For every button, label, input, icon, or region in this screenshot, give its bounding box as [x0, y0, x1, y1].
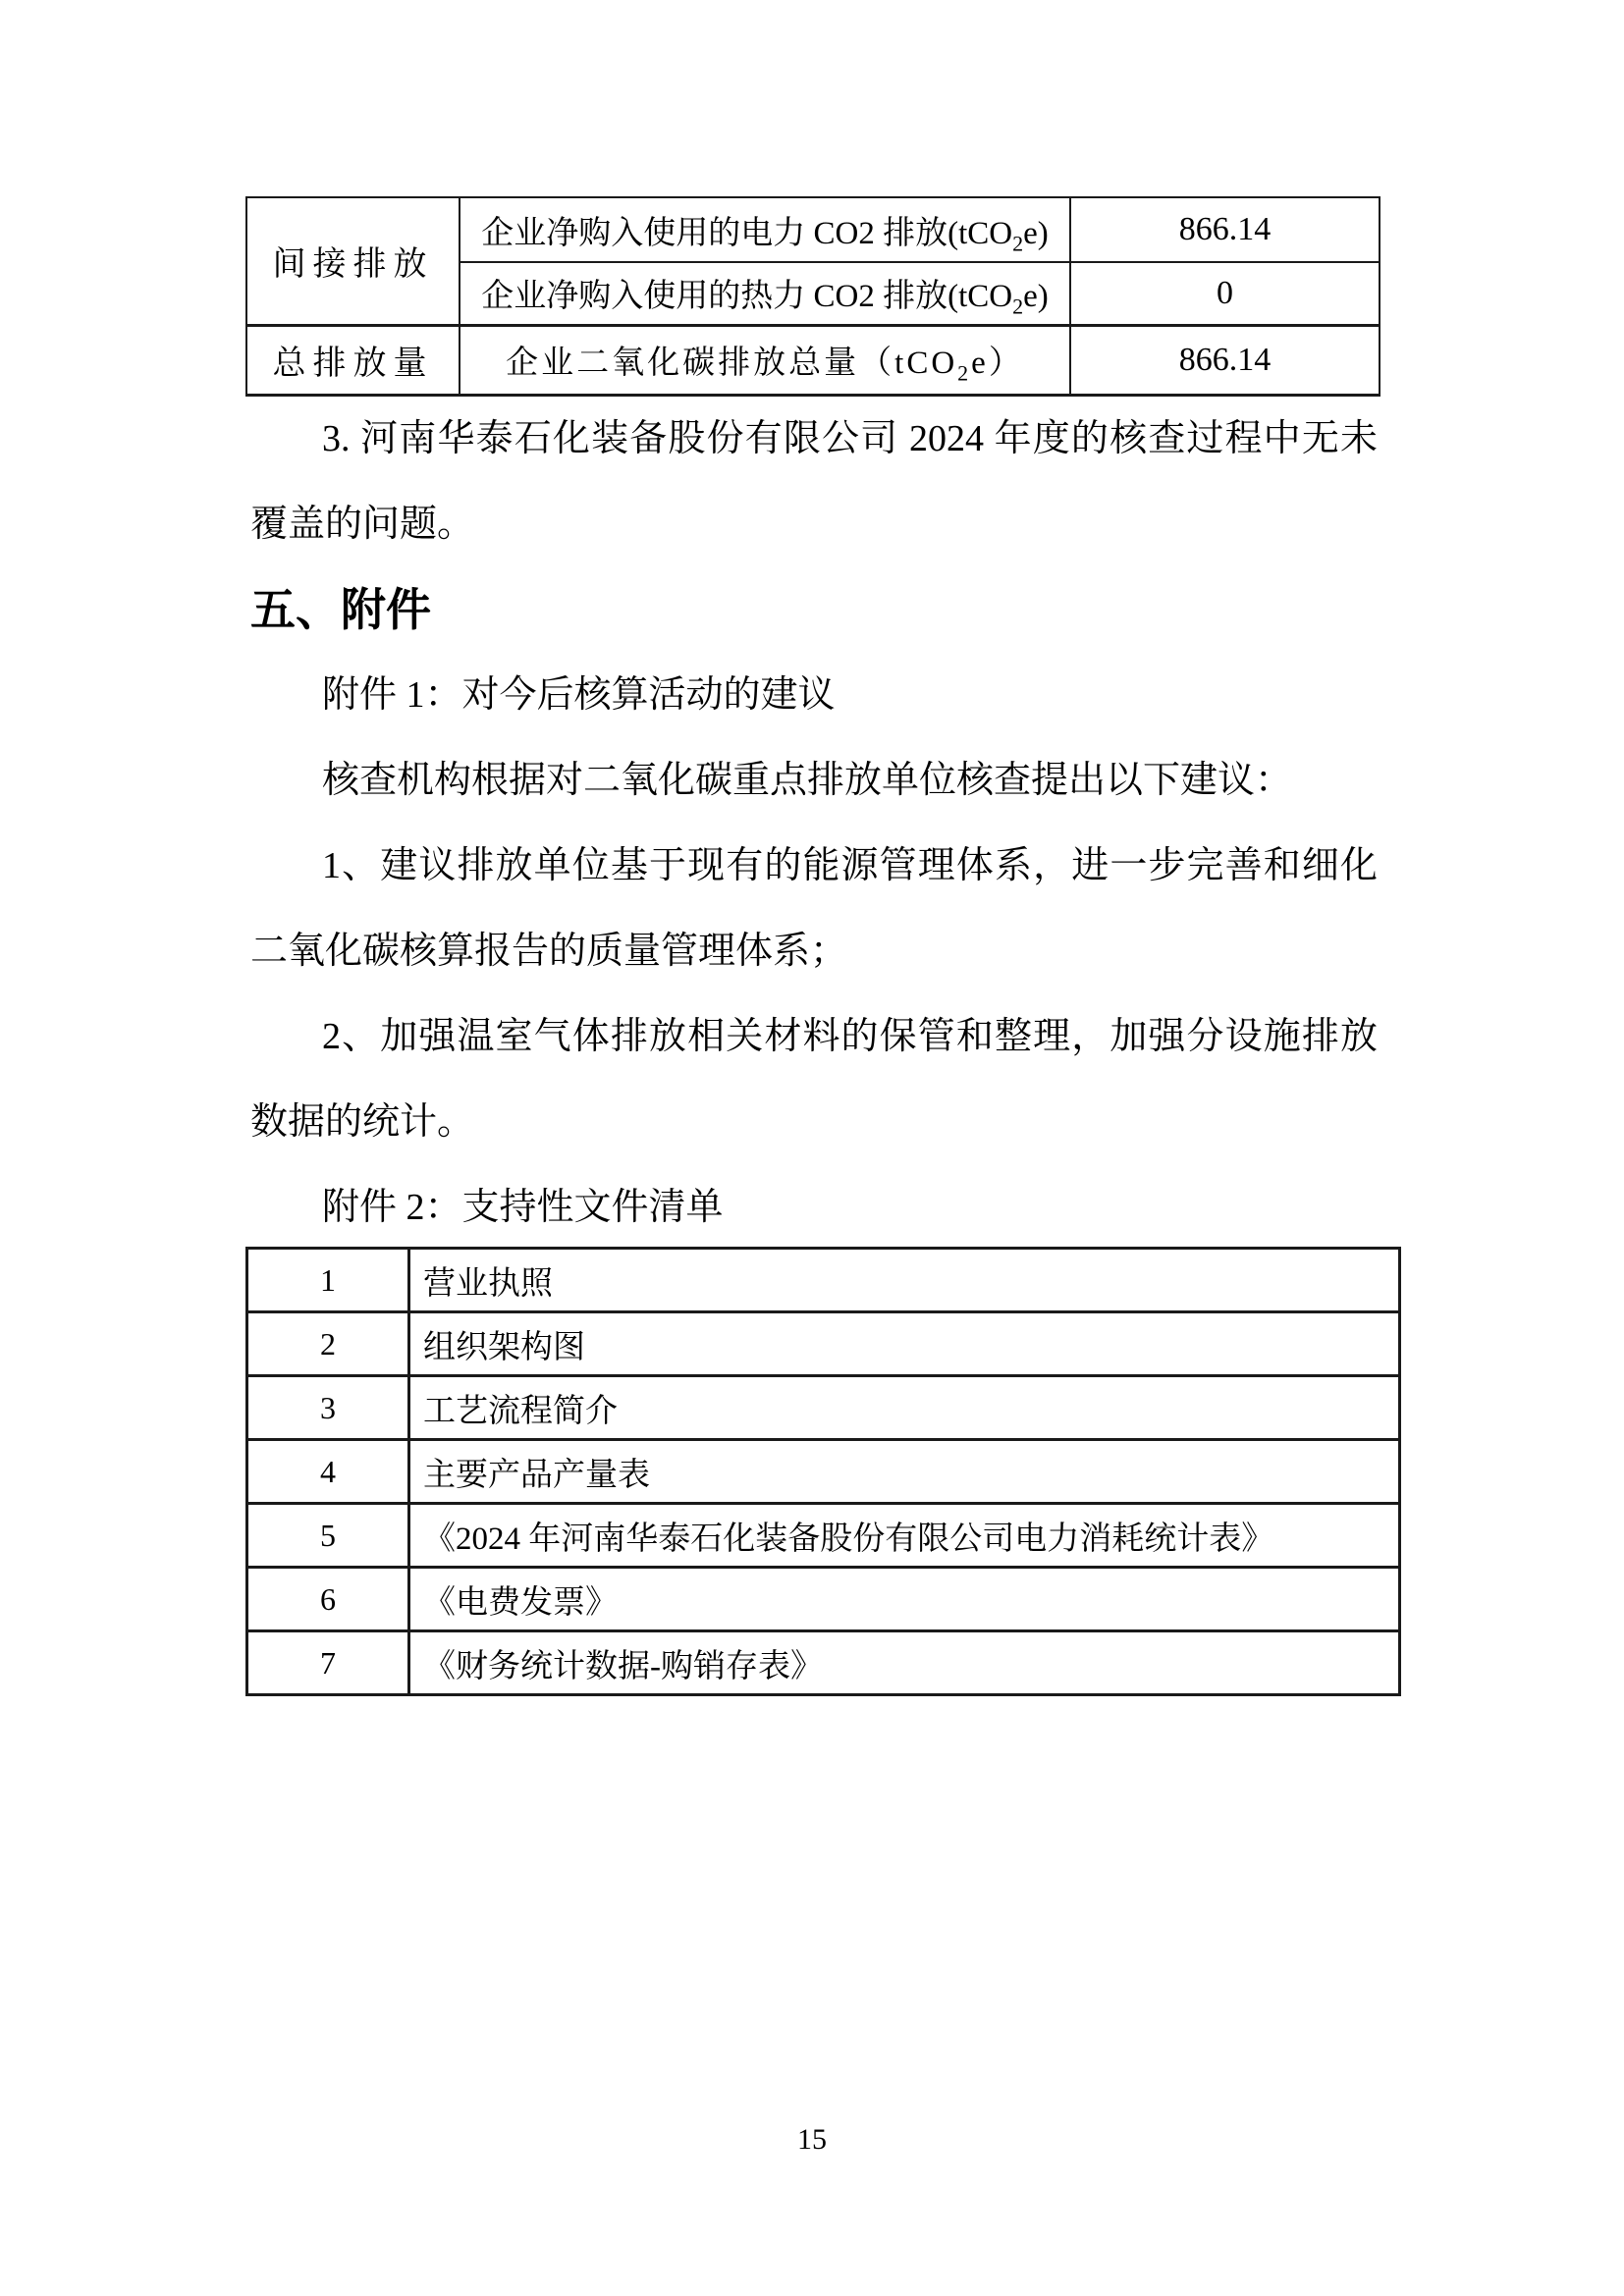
document-title-cell: 主要产品产量表: [409, 1440, 1400, 1504]
desc-text: 企业二氧化碳排放总量（tCO: [506, 346, 957, 381]
attachment-2-title: 附件 2：支持性文件清单: [250, 1165, 1378, 1251]
document-number-cell: 2: [247, 1312, 409, 1376]
heat-emission-value-cell: 0: [1070, 262, 1380, 325]
document-number-cell: 7: [247, 1631, 409, 1695]
table-row: 3 工艺流程简介: [247, 1376, 1400, 1440]
document-title-cell: 《电费发票》: [409, 1568, 1400, 1631]
document-number-cell: 6: [247, 1568, 409, 1631]
subscript-2: 2: [1012, 231, 1023, 255]
desc-text: e): [1023, 216, 1049, 251]
document-title-cell: 营业执照: [409, 1249, 1400, 1312]
total-emission-value-cell: 866.14: [1070, 325, 1380, 395]
suggestion-1-line-2: 二氧化碳核算报告的质量管理体系；: [250, 909, 1378, 994]
document-number-cell: 5: [247, 1504, 409, 1568]
document-number-cell: 3: [247, 1376, 409, 1440]
section-heading-attachments: 五、附件: [250, 567, 1378, 653]
body-text: 3. 河南华泰石化装备股份有限公司 2024 年度的核查过程中无未 覆盖的问题。…: [250, 397, 1378, 1251]
total-emission-category-cell: 总排放量: [246, 325, 460, 395]
total-emission-desc-cell: 企业二氧化碳排放总量（tCO2e）: [460, 325, 1070, 395]
table-row-electricity: 间接排放 企业净购入使用的电力 CO2 排放(tCO2e) 866.14: [246, 197, 1380, 262]
electricity-emission-desc-cell: 企业净购入使用的电力 CO2 排放(tCO2e): [460, 197, 1070, 262]
indirect-emission-category-cell: 间接排放: [246, 197, 460, 325]
desc-text: e): [1023, 279, 1049, 314]
page-number: 15: [0, 2120, 1624, 2160]
heat-emission-desc-cell: 企业净购入使用的热力 CO2 排放(tCO2e): [460, 262, 1070, 325]
desc-text: 企业净购入使用的热力 CO2 排放(tCO: [481, 279, 1012, 314]
table-row: 7 《财务统计数据-购销存表》: [247, 1631, 1400, 1695]
supporting-documents-table: 1 营业执照 2 组织架构图 3 工艺流程简介 4 主要产品产量表 5 《202…: [245, 1247, 1401, 1696]
verifier-suggestions-intro: 核查机构根据对二氧化碳重点排放单位核查提出以下建议：: [250, 738, 1378, 824]
paragraph-3-line-1: 3. 河南华泰石化装备股份有限公司 2024 年度的核查过程中无未: [250, 397, 1378, 482]
subscript-2: 2: [957, 361, 971, 386]
table-row: 2 组织架构图: [247, 1312, 1400, 1376]
table-row: 1 营业执照: [247, 1249, 1400, 1312]
electricity-emission-value-cell: 866.14: [1070, 197, 1380, 262]
suggestion-1-line-1: 1、建议排放单位基于现有的能源管理体系，进一步完善和细化: [250, 824, 1378, 909]
table-row-total: 总排放量 企业二氧化碳排放总量（tCO2e） 866.14: [246, 325, 1380, 395]
subscript-2: 2: [1012, 294, 1023, 319]
table-row: 4 主要产品产量表: [247, 1440, 1400, 1504]
paragraph-3-line-2: 覆盖的问题。: [250, 482, 1378, 567]
desc-text: 企业净购入使用的电力 CO2 排放(tCO: [481, 216, 1012, 251]
document-title-cell: 工艺流程简介: [409, 1376, 1400, 1440]
document-number-cell: 1: [247, 1249, 409, 1312]
table-row: 6 《电费发票》: [247, 1568, 1400, 1631]
suggestion-2-line-2: 数据的统计。: [250, 1080, 1378, 1165]
document-title-cell: 组织架构图: [409, 1312, 1400, 1376]
document-number-cell: 4: [247, 1440, 409, 1504]
emission-summary-table: 间接排放 企业净购入使用的电力 CO2 排放(tCO2e) 866.14 企业净…: [245, 196, 1380, 397]
suggestion-2-line-1: 2、加强温室气体排放相关材料的保管和整理，加强分设施排放: [250, 994, 1378, 1080]
attachment-1-title: 附件 1：对今后核算活动的建议: [250, 653, 1378, 738]
table-row: 5 《2024 年河南华泰石化装备股份有限公司电力消耗统计表》: [247, 1504, 1400, 1568]
desc-text: e）: [971, 346, 1024, 381]
document-title-cell: 《财务统计数据-购销存表》: [409, 1631, 1400, 1695]
document-title-cell: 《2024 年河南华泰石化装备股份有限公司电力消耗统计表》: [409, 1504, 1400, 1568]
